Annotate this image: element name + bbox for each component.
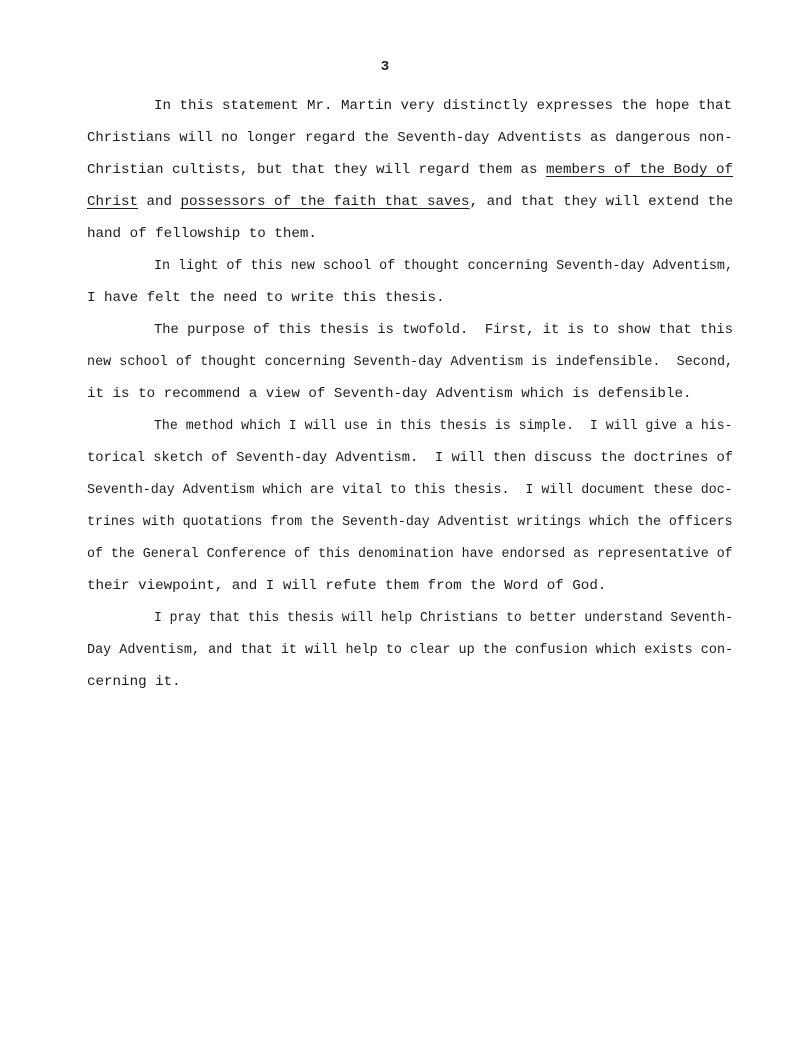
text-line: Christians will no longer regard the Sev…: [87, 129, 733, 147]
text-span: of the General Conference of this denomi…: [87, 546, 733, 562]
text-span: Christians will no longer regard the Sev…: [87, 130, 733, 146]
text-line: Christian cultists, but that they will r…: [87, 161, 733, 179]
text-line: The method which I will use in this thes…: [154, 417, 733, 435]
text-span: and: [138, 194, 181, 210]
text-line: it is to recommend a view of Seventh-day…: [87, 385, 692, 403]
text-line: Day Adventism, and that it will help to …: [87, 641, 733, 659]
text-line: their viewpoint, and I will refute them …: [87, 577, 606, 595]
text-span: , and that they will extend the: [470, 194, 734, 210]
underlined-phrase: possessors of the faith that saves: [181, 194, 470, 210]
text-span: Seventh-day Adventism which are vital to…: [87, 482, 733, 498]
text-line: trines with quotations from the Seventh-…: [87, 513, 733, 531]
text-line: I pray that this thesis will help Christ…: [154, 609, 733, 627]
text-line: I have felt the need to write this thesi…: [87, 289, 445, 307]
text-line: Christ and possessors of the faith that …: [87, 193, 733, 211]
text-span: cerning it.: [87, 674, 181, 690]
text-span: I have felt the need to write this thesi…: [87, 290, 445, 306]
text-line: The purpose of this thesis is twofold. F…: [154, 321, 733, 339]
text-line: In light of this new school of thought c…: [154, 257, 733, 275]
text-line: of the General Conference of this denomi…: [87, 545, 733, 563]
text-span: Day Adventism, and that it will help to …: [87, 642, 733, 658]
page-number: 3: [0, 59, 770, 75]
text-line: cerning it.: [87, 673, 181, 691]
text-span: The method which I will use in this thes…: [154, 418, 733, 434]
text-span: In this statement Mr. Martin very distin…: [154, 98, 732, 114]
text-line: new school of thought concerning Seventh…: [87, 353, 733, 371]
text-span: The purpose of this thesis is twofold. F…: [154, 322, 733, 338]
text-line: Seventh-day Adventism which are vital to…: [87, 481, 733, 499]
text-span: Christian cultists, but that they will r…: [87, 162, 546, 178]
text-span: trines with quotations from the Seventh-…: [87, 514, 733, 530]
text-span: hand of fellowship to them.: [87, 226, 317, 242]
text-span: In light of this new school of thought c…: [154, 258, 733, 274]
text-span: it is to recommend a view of Seventh-day…: [87, 386, 692, 402]
text-span: torical sketch of Seventh-day Adventism.…: [87, 450, 733, 466]
text-line: In this statement Mr. Martin very distin…: [154, 97, 733, 115]
text-span: I pray that this thesis will help Christ…: [154, 610, 733, 626]
text-line: torical sketch of Seventh-day Adventism.…: [87, 449, 733, 467]
text-span: their viewpoint, and I will refute them …: [87, 578, 606, 594]
underlined-phrase: Christ: [87, 194, 138, 210]
underlined-phrase: members of the Body of: [546, 162, 733, 178]
text-span: new school of thought concerning Seventh…: [87, 354, 733, 370]
text-line: hand of fellowship to them.: [87, 225, 317, 243]
